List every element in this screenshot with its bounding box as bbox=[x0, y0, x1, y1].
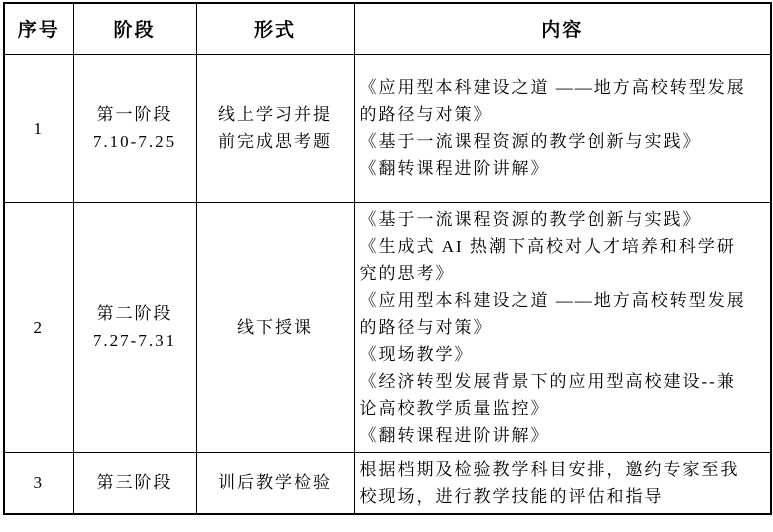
row1-content-cell: 《应用型本科建设之道 ——地方高校转型发展的路径与对策》 《基于一流课程资源的教… bbox=[354, 54, 771, 202]
stage-name: 第三阶段 bbox=[74, 469, 196, 496]
content-item: 《现场教学》 bbox=[360, 341, 747, 368]
stage-dates: 7.10-7.25 bbox=[74, 128, 196, 155]
row2-form-cell: 线下授课 bbox=[196, 202, 354, 452]
content-item: 《翻转课程进阶讲解》 bbox=[360, 155, 747, 182]
stage-name: 第二阶段 bbox=[74, 300, 196, 327]
content-item: 《基于一流课程资源的教学创新与实践》 bbox=[360, 128, 747, 155]
content-item: 《翻转课程进阶讲解》 bbox=[360, 422, 747, 449]
table-header-row: 序号 阶段 形式 内容 bbox=[4, 3, 771, 54]
content-item: 《经济转型发展背景下的应用型高校建设--兼论高校教学质量监控》 bbox=[360, 368, 747, 422]
content-item: 《生成式 AI 热潮下高校对人才培养和科学研究的思考》 bbox=[360, 233, 747, 287]
header-cell-number: 序号 bbox=[4, 3, 73, 54]
form-text: 训后教学检验 bbox=[216, 469, 334, 496]
header-cell-form: 形式 bbox=[196, 3, 354, 54]
row2-number-cell: 2 bbox=[4, 202, 73, 452]
stage-dates: 7.27-7.31 bbox=[74, 327, 196, 354]
header-cell-stage: 阶段 bbox=[73, 3, 196, 54]
training-schedule-table: 序号 阶段 形式 内容 1 第一阶段 7.10-7.25 线上学习并提前完成思考… bbox=[3, 2, 772, 515]
content-item: 《基于一流课程资源的教学创新与实践》 bbox=[360, 206, 747, 233]
form-text: 线下授课 bbox=[216, 314, 334, 341]
content-item: 《应用型本科建设之道 ——地方高校转型发展的路径与对策》 bbox=[360, 287, 747, 341]
row3-stage-cell: 第三阶段 bbox=[73, 452, 196, 514]
table-row: 1 第一阶段 7.10-7.25 线上学习并提前完成思考题 《应用型本科建设之道… bbox=[4, 54, 771, 202]
row3-number-cell: 3 bbox=[4, 452, 73, 514]
content-item: 根据档期及检验教学科目安排，邀约专家至我校现场，进行教学技能的评估和指导 bbox=[360, 456, 747, 510]
row1-stage-cell: 第一阶段 7.10-7.25 bbox=[73, 54, 196, 202]
form-text: 线上学习并提前完成思考题 bbox=[216, 101, 334, 155]
table-row: 3 第三阶段 训后教学检验 根据档期及检验教学科目安排，邀约专家至我校现场，进行… bbox=[4, 452, 771, 514]
row3-content-cell: 根据档期及检验教学科目安排，邀约专家至我校现场，进行教学技能的评估和指导 bbox=[354, 452, 771, 514]
row3-form-cell: 训后教学检验 bbox=[196, 452, 354, 514]
row1-number-cell: 1 bbox=[4, 54, 73, 202]
row2-content-cell: 《基于一流课程资源的教学创新与实践》 《生成式 AI 热潮下高校对人才培养和科学… bbox=[354, 202, 771, 452]
row2-stage-cell: 第二阶段 7.27-7.31 bbox=[73, 202, 196, 452]
header-cell-content: 内容 bbox=[354, 3, 771, 54]
stage-name: 第一阶段 bbox=[74, 101, 196, 128]
content-item: 《应用型本科建设之道 ——地方高校转型发展的路径与对策》 bbox=[360, 74, 747, 128]
table-row: 2 第二阶段 7.27-7.31 线下授课 《基于一流课程资源的教学创新与实践》… bbox=[4, 202, 771, 452]
row1-form-cell: 线上学习并提前完成思考题 bbox=[196, 54, 354, 202]
